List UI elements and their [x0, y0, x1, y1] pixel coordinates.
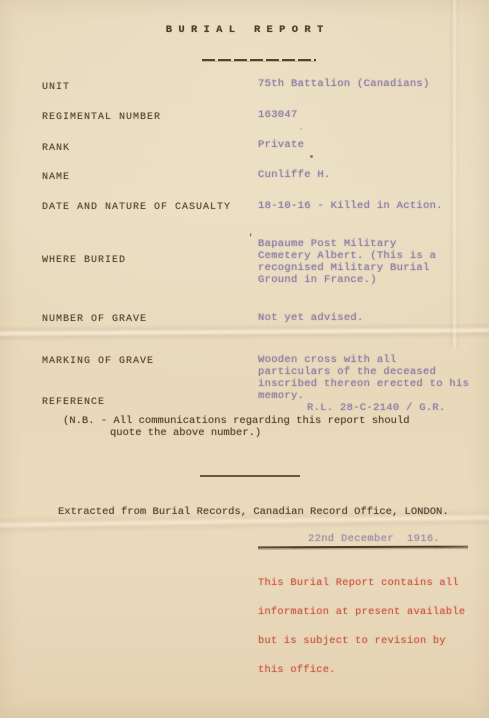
field-value-where-buried-line3: recognised Military Burial [258, 262, 430, 274]
field-value-marking-of-grave-line4: memory. [258, 390, 304, 402]
paper-crease-horizontal-upper [0, 322, 489, 341]
field-value-where-buried-line1: Bapaume Post Military [258, 238, 397, 250]
field-value-marking-of-grave-line3: inscribed thereon erected to his [258, 378, 469, 390]
field-label-unit: UNIT [42, 82, 70, 93]
field-value-regimental-number: 163047 [258, 109, 298, 121]
date-underline [258, 546, 468, 549]
field-value-where-buried-line2: Cemetery Albert. (This is a [258, 250, 436, 262]
field-label-name: NAME [42, 172, 70, 183]
field-label-reference: REFERENCE [42, 397, 105, 408]
ink-speck [310, 155, 313, 158]
field-value-unit: 75th Battalion (Canadians) [258, 78, 430, 90]
disclaimer-line1: This Burial Report contains all [258, 577, 459, 589]
disclaimer-line2: information at present available [258, 606, 465, 618]
paper-crease-vertical-right [448, 0, 460, 348]
field-label-date-nature-of-casualty: DATE AND NATURE OF CASUALTY [42, 202, 231, 213]
burial-report-document: B U R I A L R E P O R T UNIT 75th Battal… [0, 0, 489, 718]
field-label-rank: RANK [42, 143, 70, 154]
field-value-name: Cunliffe H. [258, 169, 331, 181]
ink-speck [300, 128, 302, 130]
field-value-marking-of-grave-line2: particulars of the deceased [258, 366, 436, 378]
title-underline [202, 59, 316, 61]
field-value-number-of-grave: Not yet advised. [258, 312, 364, 324]
field-label-number-of-grave: NUMBER OF GRAVE [42, 314, 147, 325]
field-label-where-buried: WHERE BURIED [42, 255, 126, 266]
field-value-marking-of-grave-line1: Wooden cross with all [258, 354, 397, 366]
document-title: B U R I A L R E P O R T [0, 24, 489, 36]
disclaimer-line3: but is subject to revision by [258, 635, 446, 647]
nb-note-line2: quote the above number.) [110, 427, 261, 439]
field-value-rank: Private [258, 139, 304, 151]
disclaimer-line4: this office. [258, 664, 336, 676]
extracted-statement: Extracted from Burial Records, Canadian … [58, 506, 449, 518]
report-date: 22nd December 1916. [308, 533, 440, 545]
field-value-where-buried-line4: Ground in France.) [258, 274, 377, 286]
nb-note-line1: (N.B. - All communications regarding thi… [63, 415, 410, 427]
field-value-date-nature-of-casualty: 18-10-16 - Killed in Action. [258, 200, 443, 212]
annotation-mark: ' [248, 233, 253, 243]
section-divider-rule [200, 475, 300, 477]
field-label-regimental-number: REGIMENTAL NUMBER [42, 112, 161, 123]
field-label-marking-of-grave: MARKING OF GRAVE [42, 356, 154, 367]
field-value-reference: R.L. 28-C-2140 / G.R. [307, 402, 446, 414]
